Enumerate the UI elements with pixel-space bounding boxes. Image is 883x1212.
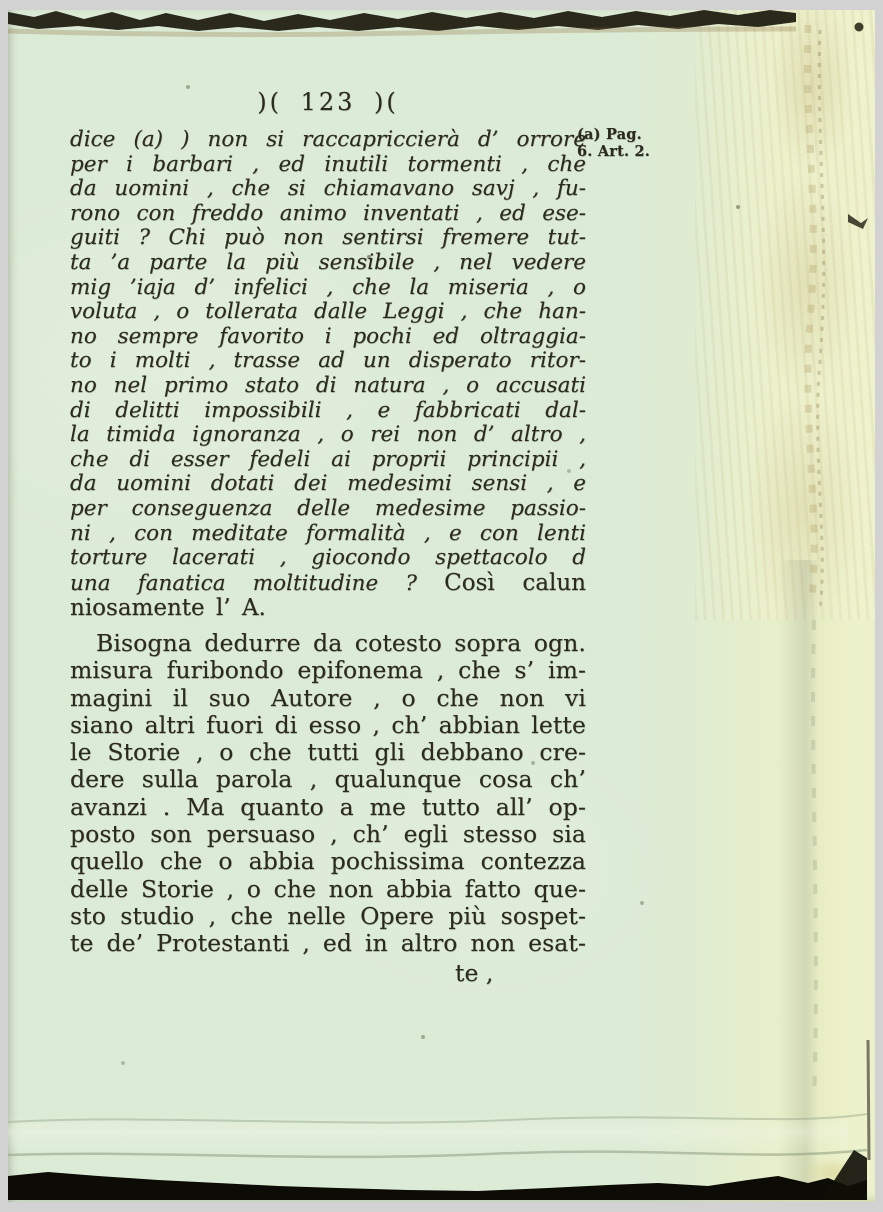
text-line: ni , con meditate formalità , e con lent…	[70, 522, 586, 547]
text-line: la timida ignoranza , o rei non d’ altro…	[70, 423, 586, 448]
paragraph-quote: dice (a) ) non si raccapriccierà d’ orro…	[70, 128, 586, 622]
text-line: misura furibondo epifonema , che s’ im-	[70, 657, 586, 684]
text-segment: no nel primo stato di natura , o accusat…	[70, 373, 586, 398]
text-segment: niosamente l’ A.	[70, 595, 266, 621]
paper-crease-band	[8, 1116, 848, 1152]
text-segment: te de’ Protestanti , ed in altro non esa…	[70, 929, 586, 957]
text-line: che di esser fedeli ai proprii principii…	[70, 448, 586, 473]
text-segment: posto son persuaso , ch’ egli stesso sia	[70, 820, 586, 848]
text-segment: Bisogna dedurre da cotesto sopra ogn.	[96, 629, 586, 657]
text-segment: siano altri fuori di esso , ch’ abbian l…	[70, 711, 586, 739]
text-segment: che di esser fedeli ai proprii principii…	[70, 447, 586, 472]
paper-stain	[790, 1150, 880, 1196]
text-segment: da uomini , che si chiamavano savj , fu-	[70, 176, 586, 201]
text-line: magini il suo Autore , o che non vi	[70, 685, 586, 712]
text-line: dice (a) ) non si raccapriccierà d’ orro…	[70, 128, 586, 153]
text-segment: mig ’iaja d’ infelici , che la miseria ,…	[70, 275, 586, 300]
paragraph-body: Bisogna dedurre da cotesto sopra ogn.mis…	[70, 630, 586, 958]
catchword: te ,	[455, 959, 493, 987]
text-segment: dice (a) ) non si raccapriccierà d’ orro…	[70, 127, 586, 152]
text-line: torture lacerati , giocondo spettacolo d	[70, 546, 586, 571]
text-segment: le Storie , o che tutti gli debbano cre-	[70, 738, 586, 766]
text-line: da uomini dotati dei medesimi sensi , e	[70, 472, 586, 497]
text-line: delle Storie , o che non abbia fatto que…	[70, 876, 586, 903]
text-segment: sto studio , che nelle Opere più sospet-	[70, 902, 586, 930]
text-segment: no sempre favorito i pochi ed oltraggia-	[70, 324, 586, 349]
text-line: Bisogna dedurre da cotesto sopra ogn.	[70, 630, 586, 657]
text-segment: da uomini dotati dei medesimi sensi , e	[70, 471, 586, 496]
text-segment: dere sulla parola , qualunque cosa ch’	[70, 765, 586, 793]
text-segment: Così calun	[444, 570, 586, 596]
text-line: quello che o abbia pochissima contezza	[70, 848, 586, 875]
text-segment: una fanatica moltitudine ?	[70, 571, 444, 596]
text-line: le Storie , o che tutti gli debbano cre-	[70, 739, 586, 766]
paper-fold-shadow	[778, 560, 844, 1192]
text-line: sto studio , che nelle Opere più sospet-	[70, 903, 586, 930]
text-line: rono con freddo animo inventati , ed ese…	[70, 202, 586, 227]
text-line: siano altri fuori di esso , ch’ abbian l…	[70, 712, 586, 739]
text-segment: per i barbari , ed inutili tormenti , ch…	[70, 152, 586, 177]
text-segment: misura furibondo epifonema , che s’ im-	[70, 656, 586, 684]
text-segment: la timida ignoranza , o rei non d’ altro…	[70, 422, 586, 447]
text-line: una fanatica moltitudine ? Così calun	[70, 571, 586, 597]
text-segment: delle Storie , o che non abbia fatto que…	[70, 875, 586, 903]
text-line: da uomini , che si chiamavano savj , fu-	[70, 177, 586, 202]
text-line: per i barbari , ed inutili tormenti , ch…	[70, 153, 586, 178]
margin-note-line2: 6. Art. 2.	[577, 144, 667, 161]
text-line: niosamente l’ A.	[70, 596, 586, 622]
text-line: dere sulla parola , qualunque cosa ch’	[70, 766, 586, 793]
text-segment: magini il suo Autore , o che non vi	[70, 684, 586, 712]
text-line: te de’ Protestanti , ed in altro non esa…	[70, 930, 586, 957]
text-line: avanzi . Ma quanto a me tutto all’ op-	[70, 794, 586, 821]
text-line: voluta , o tollerata dalle Leggi , che h…	[70, 300, 586, 325]
margin-note: (a) Pag. 6. Art. 2.	[577, 127, 667, 160]
text-segment: voluta , o tollerata dalle Leggi , che h…	[70, 299, 586, 324]
margin-note-line1: (a) Pag.	[577, 127, 667, 144]
text-segment: ta ’a parte la più sensibile , nel veder…	[70, 250, 586, 275]
text-segment: rono con freddo animo inventati , ed ese…	[70, 201, 586, 226]
text-segment: quello che o abbia pochissima contezza	[70, 847, 586, 875]
paper-speckles	[0, 0, 2, 2]
paper-rough-edge-texture	[695, 10, 875, 620]
text-segment: to i molti , trasse ad un disperato rito…	[70, 348, 586, 373]
text-line: posto son persuaso , ch’ egli stesso sia	[70, 821, 586, 848]
text-segment: torture lacerati , giocondo spettacolo d	[70, 545, 586, 570]
text-line: guiti ? Chi può non sentirsi fremere tut…	[70, 226, 586, 251]
text-line: no sempre favorito i pochi ed oltraggia-	[70, 325, 586, 350]
text-line: mig ’iaja d’ infelici , che la miseria ,…	[70, 276, 586, 301]
scanned-book-page: )( 123 )( (a) Pag. 6. Art. 2. dice (a) )…	[0, 0, 883, 1212]
text-line: ta ’a parte la più sensibile , nel veder…	[70, 251, 586, 276]
text-line: to i molti , trasse ad un disperato rito…	[70, 349, 586, 374]
text-segment: per conseguenza delle medesime passio-	[70, 496, 586, 521]
text-segment: ni , con meditate formalità , e con lent…	[70, 521, 586, 546]
text-segment: di delitti impossibili , e fabbricati da…	[70, 398, 586, 423]
text-line: no nel primo stato di natura , o accusat…	[70, 374, 586, 399]
page-number-header: )( 123 )(	[70, 88, 586, 116]
text-segment: guiti ? Chi può non sentirsi fremere tut…	[70, 225, 586, 250]
text-line: per conseguenza delle medesime passio-	[70, 497, 586, 522]
text-line: di delitti impossibili , e fabbricati da…	[70, 399, 586, 424]
text-segment: avanzi . Ma quanto a me tutto all’ op-	[70, 793, 586, 821]
